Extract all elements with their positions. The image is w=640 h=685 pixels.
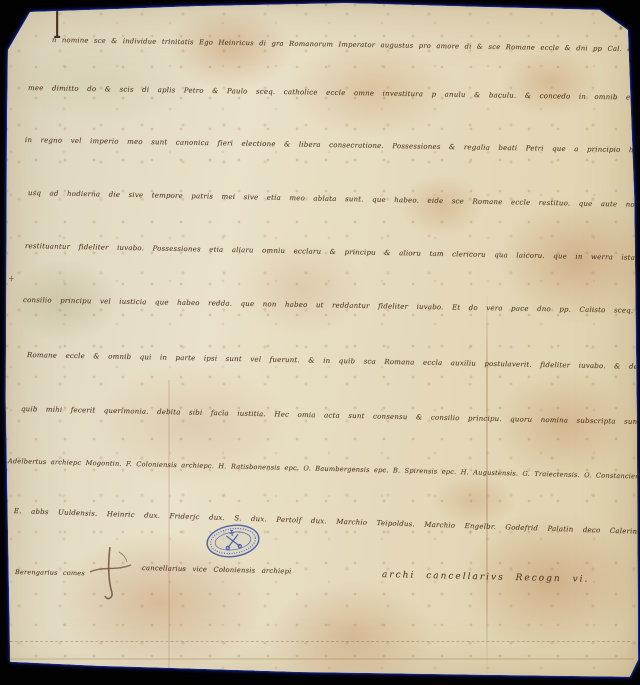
red-marginal-mark: + [8,274,15,283]
photo-of-charter: I n nomine sce & individue trinitatis Eg… [0,0,640,685]
archive-stamp [201,517,264,565]
parchment-sheet: I n nomine sce & individue trinitatis Eg… [0,0,640,685]
witness-berengarius: Berengarius comes [15,568,85,577]
signum-cross-monogram [86,544,134,602]
parchment-edge-fringe: I n nomine sce & individue trinitatis Eg… [0,0,640,685]
